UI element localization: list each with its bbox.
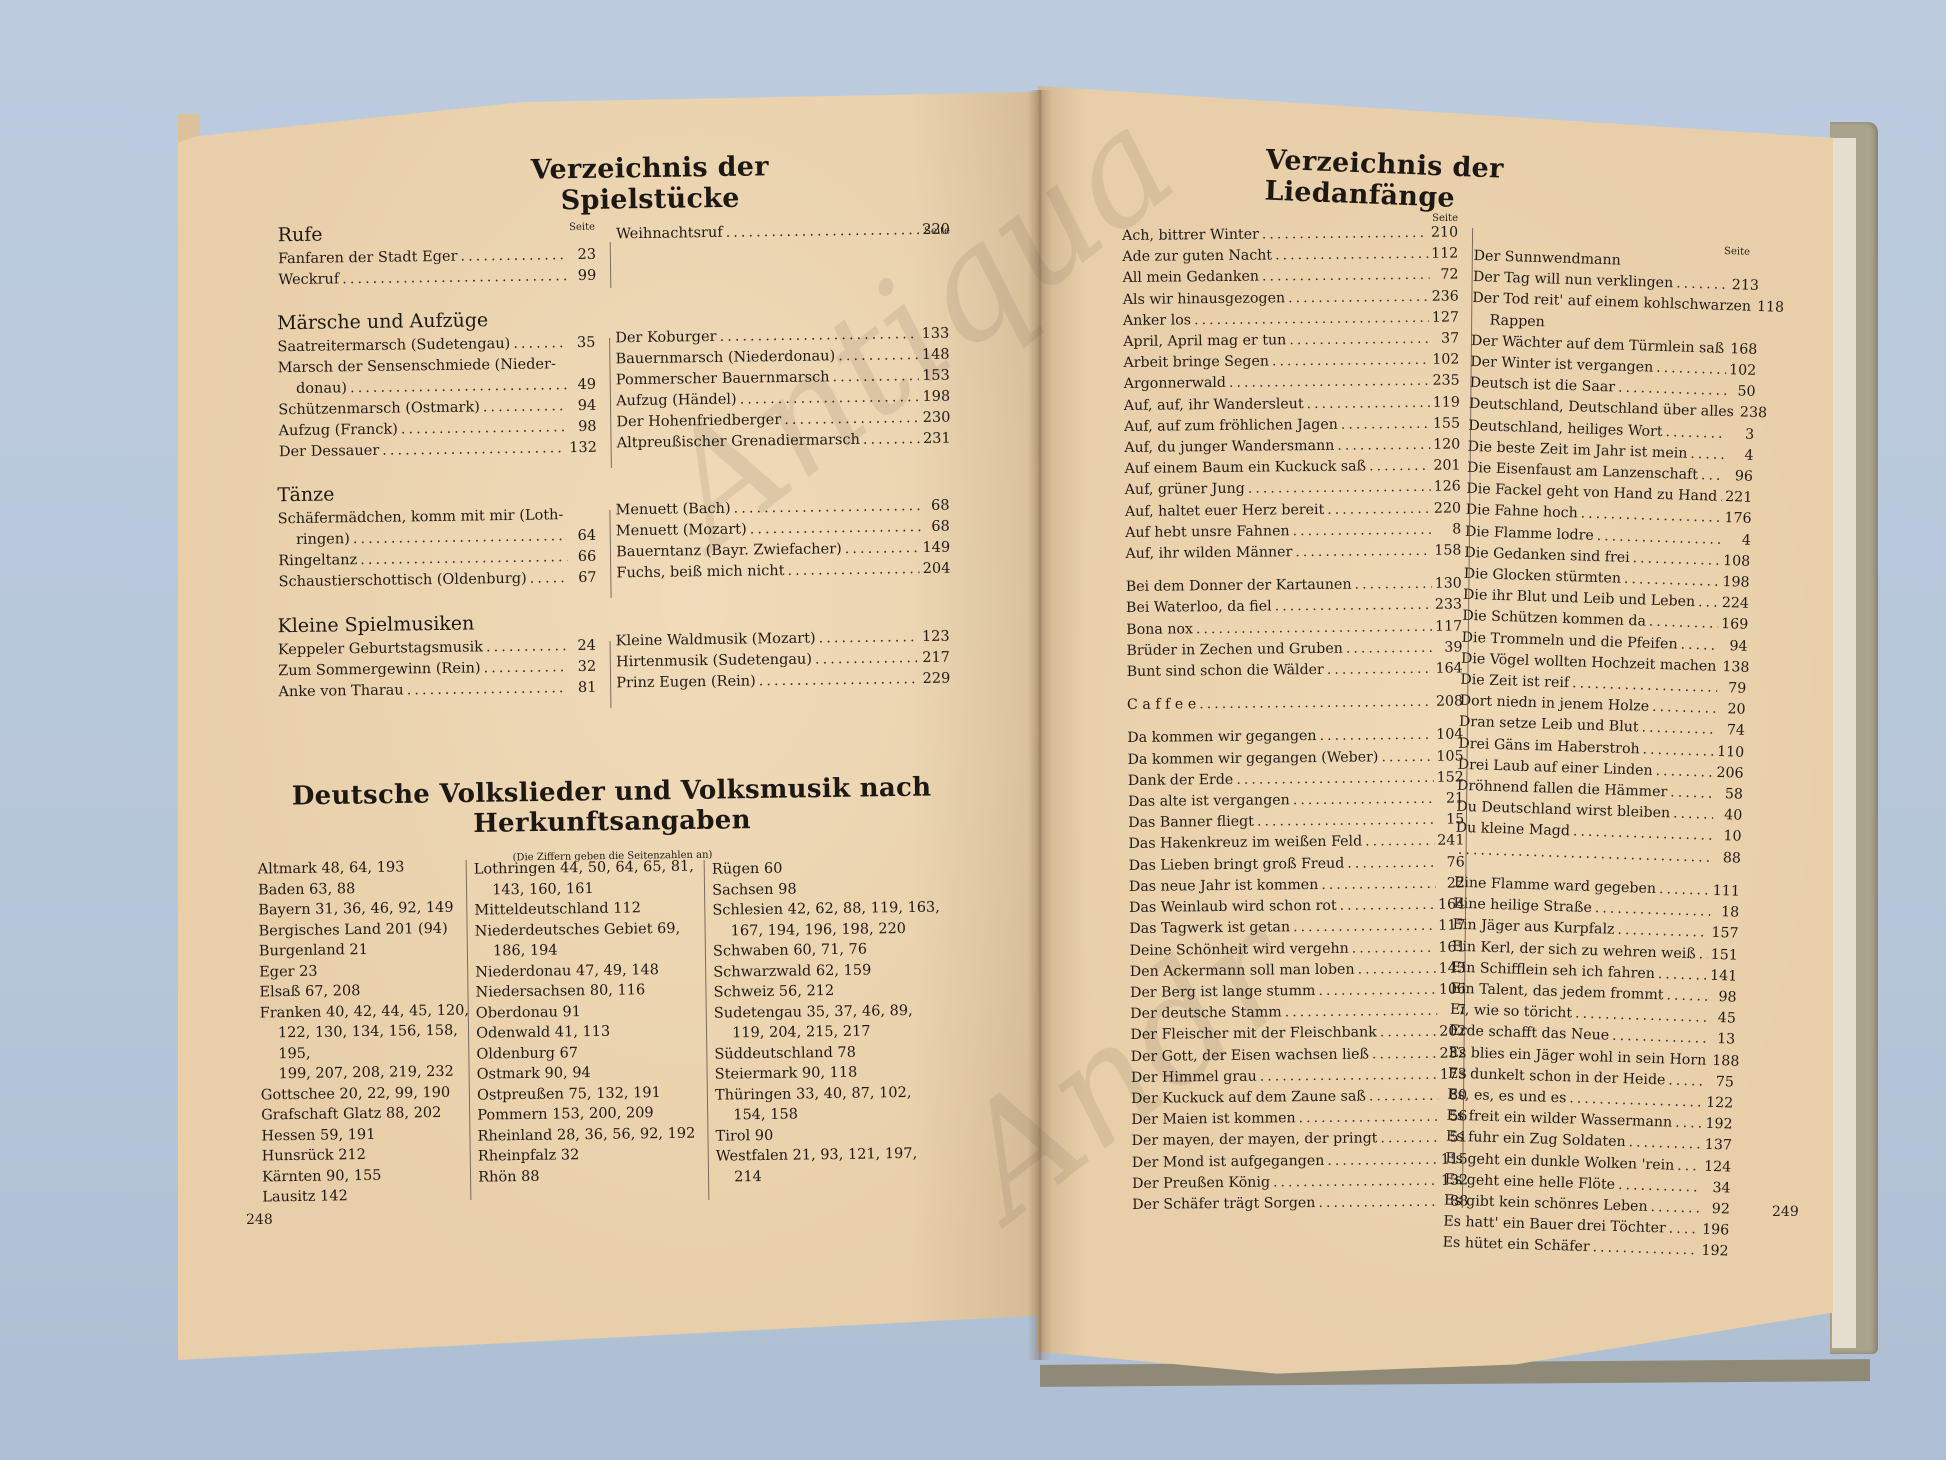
entry-title: Das Tagwerk ist getan (1129, 918, 1290, 941)
entry-title: Der deutsche Stamm (1130, 1002, 1282, 1025)
leader-dots (1273, 1170, 1438, 1193)
entry-page: 112 (1431, 244, 1458, 265)
entry-title: Das alte ist vergangen (1128, 790, 1290, 813)
entry-page: 88 (1715, 848, 1742, 870)
leader-dots (740, 387, 920, 411)
entry-page: 153 (922, 366, 950, 387)
entry-title: Der mayen, der mayen, der pringt (1131, 1129, 1377, 1153)
region-name: Kärnten (262, 1168, 322, 1185)
region-entry: Burgenland 21 (259, 939, 469, 962)
section-left-column: Kleine SpielmusikenKeppeler Geburtstagsm… (277, 611, 596, 703)
region-name: Steiermark (715, 1066, 798, 1083)
region-pages: 90, 118 (802, 1065, 858, 1082)
entry-title: Fuchs, beiß mich nicht (616, 561, 784, 584)
entry-page: 224 (1721, 593, 1749, 615)
entry-page: 40 (1716, 805, 1743, 827)
entry-page: 122 (1706, 1093, 1734, 1115)
region-entry: Altmark 48, 64, 193 (258, 857, 468, 880)
entry-page: 79 (1720, 678, 1747, 700)
leader-dots (1612, 1026, 1707, 1050)
entry-page: 230 (923, 408, 951, 429)
leader-dots (350, 375, 567, 399)
region-name: Hunsrück (262, 1147, 334, 1164)
region-name: Pommern (477, 1107, 547, 1124)
leader-dots (1677, 1155, 1702, 1177)
entry-page: 229 (922, 669, 950, 690)
region-pages: 23 (299, 963, 318, 979)
entry-page: 111 (1712, 881, 1740, 903)
leader-dots (1641, 718, 1716, 742)
entry-title: Auf, haltet euer Herz bereit (1125, 500, 1324, 523)
entry-page: 45 (1710, 1008, 1737, 1030)
leader-dots (1341, 414, 1430, 436)
leader-dots (483, 396, 568, 418)
entry-title: Ade zur guten Nacht (1122, 246, 1272, 269)
region-name: Schwaben (713, 943, 789, 960)
leader-dots (1668, 1219, 1699, 1241)
region-name: Westfalen (716, 1148, 788, 1165)
region-name: Rheinpfalz (478, 1148, 557, 1165)
leader-dots (1347, 852, 1436, 874)
leader-dots (1701, 465, 1725, 487)
entry-title: Anke von Tharau (278, 680, 404, 703)
region-name: Burgenland (259, 942, 345, 959)
entry-title: Ach, bittrer Winter (1122, 225, 1259, 248)
entry-title: Der Schäfer trägt Sorgen (1132, 1193, 1315, 1216)
leader-dots (1292, 520, 1432, 543)
seite-label: Seite (545, 222, 595, 234)
leader-dots (815, 648, 920, 670)
entry-title: Als wir hinausgezogen (1123, 288, 1286, 311)
leader-dots (845, 538, 920, 560)
leader-dots (1340, 895, 1436, 917)
entry-page: 201 (1433, 456, 1460, 477)
entry-title: Da kommen wir gegangen (1127, 726, 1316, 749)
leader-dots (832, 366, 919, 388)
entry-page: 117 (1435, 616, 1462, 637)
leader-dots (1289, 329, 1430, 352)
leader-dots (1275, 595, 1432, 618)
region-pages-continued: 214 (716, 1164, 956, 1188)
entry-page: 67 (570, 568, 596, 589)
entry-title: Menuett (Mozart) (616, 520, 747, 543)
leader-dots (486, 636, 567, 658)
region-pages: 90, 155 (326, 1167, 382, 1184)
region-pages: 56, 212 (779, 983, 835, 1000)
leader-dots (1659, 879, 1710, 902)
leader-dots (838, 345, 919, 367)
entry-title: Auf einem Baum ein Kuckuck saß (1124, 457, 1366, 481)
entry-title: Weihnachtsruf (616, 223, 723, 245)
leader-dots (1248, 477, 1431, 500)
entry-title: Schützenmarsch (Ostmark) (278, 397, 480, 421)
region-entry: Rhön 88 (478, 1164, 710, 1188)
entry-page: 138 (1722, 657, 1750, 679)
entry-page: 99 (570, 266, 596, 287)
entry-page: 75 (1708, 1071, 1735, 1093)
leader-dots (1650, 1197, 1701, 1220)
entry-title: Der Berg ist lange stumm (1130, 981, 1316, 1004)
leader-dots (1698, 944, 1708, 965)
region-name: Bayern (258, 902, 311, 919)
entry-page: 81 (570, 678, 596, 699)
region-name: Rhön (478, 1169, 517, 1186)
leader-dots (1352, 937, 1436, 959)
leader-dots (725, 220, 919, 244)
entry-title: April, April mag er tun (1123, 330, 1286, 353)
leader-dots (1327, 1149, 1438, 1171)
region-name: Schweiz (713, 984, 774, 1001)
entry-page: 233 (1435, 595, 1462, 616)
region-entry: Franken 40, 42, 44, 45, 120, (260, 1000, 470, 1023)
entry-title: Rappen (1471, 310, 1545, 333)
entry-title: Altpreußischer Grenadiermarsch (617, 430, 860, 454)
leader-dots (750, 517, 921, 540)
entry-page: 236 (1432, 286, 1459, 307)
region-pages: 88 (521, 1168, 540, 1184)
entry-page: 23 (570, 245, 596, 266)
index-entry: Schaustierschottisch (Oldenburg)67 (278, 568, 596, 593)
region-name: Schwarzwald (713, 963, 811, 980)
entry-page: 168 (1730, 339, 1758, 361)
entry-page: 132 (569, 438, 597, 459)
region-entry: Schlesien 42, 62, 88, 119, 163, (712, 897, 952, 921)
leader-dots (719, 324, 918, 348)
entry-page: 192 (1705, 1114, 1733, 1136)
region-name: Lausitz (262, 1189, 315, 1206)
entry-page: 96 (1727, 466, 1754, 488)
page-number-left: 248 (246, 1212, 273, 1228)
leader-dots (360, 547, 567, 571)
leader-dots (1357, 958, 1435, 980)
entry-title: Da kommen wir gegangen (Weber) (1127, 747, 1378, 771)
entry-page: 39 (1436, 637, 1462, 658)
entry-page: 34 (1704, 1177, 1731, 1199)
leader-dots (1617, 920, 1709, 944)
entry-title: Schaustierschottisch (Oldenburg) (278, 569, 526, 593)
song-entry: Der Schäfer trägt Sorgen88 (1132, 1191, 1468, 1216)
region-column: Lothringen 44, 50, 64, 65, 81,143, 160, … (474, 856, 711, 1187)
region-name: Bergisches Land (258, 921, 381, 939)
entry-page: 3 (1728, 424, 1755, 446)
leader-dots (1649, 612, 1719, 635)
entry-page: 198 (1722, 572, 1750, 594)
entry-title: Bei Waterloo, da fiel (1126, 597, 1272, 620)
entry-title: Der Dessauer (279, 441, 380, 463)
entry-title: Zum Sommergewinn (Rein) (278, 658, 481, 682)
leader-dots (1262, 265, 1430, 288)
region-name: Süddeutschland (714, 1045, 833, 1063)
leader-dots (1285, 1001, 1438, 1024)
leader-dots (1380, 1022, 1437, 1044)
leader-dots (1665, 422, 1725, 445)
region-pages: 63, 88 (309, 881, 355, 898)
region-name: Tirol (715, 1128, 750, 1144)
entry-title: Kleine Waldmusik (Mozart) (616, 629, 816, 653)
entry-page: 18 (1713, 902, 1740, 924)
leader-dots (1307, 392, 1430, 414)
leader-dots (1737, 403, 1738, 424)
region-name: Franken (260, 1004, 322, 1021)
region-pages: 91 (562, 1004, 581, 1020)
entry-page: 127 (1432, 307, 1459, 328)
entry-page: 119 (1433, 392, 1460, 413)
leader-dots (1229, 371, 1430, 394)
entry-page: 238 (1740, 403, 1768, 425)
leader-dots (1196, 616, 1432, 640)
region-pages: 67, 208 (305, 983, 361, 1000)
leader-dots (1709, 1050, 1710, 1071)
entry-page: 68 (924, 517, 950, 538)
entry-page: 196 (1702, 1220, 1730, 1242)
region-pages: 90 (755, 1127, 774, 1143)
region-name: Sudetengau (714, 1004, 802, 1021)
region-name: Niederdeutsches Gebiet (475, 921, 653, 939)
entry-page: 210 (1431, 222, 1458, 243)
seite-label: Seite (1700, 245, 1750, 258)
entry-page: 98 (570, 417, 596, 438)
region-pages: 67 (559, 1045, 578, 1061)
region-name: Ostpreußen (477, 1086, 564, 1103)
entry-title: Der Maien ist kommen (1131, 1108, 1295, 1131)
leader-dots (863, 429, 920, 451)
region-pages: 88, 202 (386, 1105, 442, 1122)
leader-dots (342, 266, 567, 290)
region-name: Oldenburg (476, 1045, 555, 1062)
region-name: Baden (258, 881, 305, 898)
entry-title: donau) (278, 378, 347, 400)
leader-dots (784, 408, 920, 431)
leader-dots (759, 669, 920, 692)
entry-page: 110 (1717, 742, 1745, 764)
entry-title: Der Preußen König (1132, 1172, 1270, 1195)
entry-title: Menuett (Bach) (615, 499, 730, 522)
entry-title: Pommerscher Bauernmarsch (616, 367, 830, 391)
region-pages: 33, 40, 87, 102, (796, 1084, 912, 1102)
leader-dots (1337, 435, 1430, 457)
entry-page: 37 (1433, 328, 1459, 349)
region-name: Rügen (712, 861, 760, 878)
leader-dots (1236, 768, 1434, 791)
region-pages: 153, 200, 209 (552, 1105, 654, 1122)
region-pages-continued: 199, 207, 208, 219, 232 (260, 1062, 470, 1085)
entry-title: Hirtenmusik (Sudetengau) (616, 650, 812, 674)
leader-dots (382, 438, 566, 462)
entry-title: Fanfaren der Stadt Eger (278, 247, 458, 271)
region-pages: 47, 49, 148 (576, 962, 659, 979)
entry-title: ringen) (278, 529, 350, 551)
leader-dots (1346, 638, 1434, 660)
entry-page: 102 (1432, 350, 1459, 371)
leader-dots (1293, 789, 1435, 812)
entry-page: 98 (1710, 987, 1737, 1009)
section-left-column: TänzeSchäfermädchen, komm mit mir (Loth-… (277, 480, 596, 593)
leader-dots (1318, 1192, 1439, 1214)
region-entry: Bergisches Land 201 (94) (258, 918, 468, 941)
song-column: Der SunnwendmannDer Tag will nun verklin… (1442, 246, 1760, 1263)
leader-dots (1298, 1107, 1438, 1130)
region-column: Altmark 48, 64, 193Baden 63, 88Bayern 31… (258, 857, 473, 1208)
leader-dots (1719, 657, 1720, 678)
entry-page: 24 (570, 636, 596, 657)
entry-page: 94 (1721, 636, 1748, 658)
entry-page: 130 (1435, 574, 1462, 595)
entry-title: Aufzug (Händel) (616, 390, 737, 413)
regions-heading-block: Deutsche Volkslieder und Volksmusik nach… (261, 772, 962, 867)
entry-page: 66 (570, 547, 596, 568)
leader-dots (818, 627, 919, 649)
region-entry: Baden 63, 88 (258, 877, 468, 900)
region-name: Niederdonau (475, 963, 571, 980)
section-heading: Kleine Spielmusiken (277, 611, 595, 637)
region-pages: 35, 37, 46, 89, (807, 1002, 913, 1019)
entry-page: 204 (923, 559, 951, 580)
entry-page: 133 (921, 324, 949, 345)
entry-title: Das Lieben bringt groß Freud (1129, 853, 1345, 876)
entry-title: Bunt sind schon die Wälder (1127, 660, 1324, 683)
entry-page: 94 (570, 396, 596, 417)
region-entry: Niederdeutsches Gebiet 69, (475, 918, 707, 942)
entry-page: 235 (1432, 371, 1459, 392)
region-entry: Hessen 59, 191 (261, 1123, 471, 1146)
region-pages: 98 (778, 881, 797, 897)
region-name: Hessen (261, 1127, 315, 1144)
leader-dots (1262, 223, 1428, 246)
entry-page: 213 (1731, 275, 1759, 297)
entry-title: Der Kuckuck auf dem Zaune saß (1131, 1086, 1366, 1110)
entry-page: 8 (1435, 519, 1461, 540)
region-pages: 42, 62, 88, 119, 163, (788, 900, 940, 918)
region-pages: 142 (320, 1188, 348, 1204)
entry-page: 123 (922, 627, 950, 648)
entry-page: 35 (569, 333, 595, 354)
song-entry: Bunt sind schon die Wälder164 (1127, 659, 1463, 684)
region-entry: Eger 23 (259, 959, 469, 982)
leader-dots (1194, 308, 1429, 332)
entry-page: 4 (1725, 530, 1752, 552)
entry-title: Auf, auf zum fröhlichen Jagen (1124, 415, 1338, 438)
entry-page: 50 (1729, 381, 1756, 403)
region-pages: 21 (349, 942, 368, 958)
entry-title: Argonnerwald (1124, 373, 1227, 395)
region-name: Thüringen (715, 1086, 792, 1103)
leader-dots (1618, 1175, 1702, 1199)
leader-dots (353, 526, 567, 550)
leader-dots (1655, 761, 1713, 784)
entry-page: 164 (1435, 659, 1462, 680)
entry-page: 217 (922, 648, 950, 669)
leader-dots (1632, 548, 1720, 572)
leader-dots (407, 678, 568, 701)
entry-page: 92 (1704, 1199, 1731, 1221)
entry-page: 13 (1709, 1029, 1736, 1051)
region-pages: 41, 113 (555, 1024, 611, 1041)
region-name: Rheinland (477, 1127, 552, 1144)
section-right-column: Menuett (Bach)68Menuett (Mozart)68Bauern… (615, 496, 950, 585)
region-pages: 201 (94) (386, 920, 448, 937)
entry-page: 126 (1434, 477, 1461, 498)
entry-page: 141 (1710, 965, 1738, 987)
left-page-title: Verzeichnis der Spielstücke (440, 150, 861, 218)
leader-dots (1321, 874, 1436, 896)
region-name: Grafschaft Glatz (261, 1106, 381, 1124)
song-column: Ach, bittrer Winter210Ade zur guten Nach… (1122, 222, 1468, 1216)
entry-title: Der Koburger (615, 327, 717, 349)
entry-title: Prinz Eugen (Rein) (616, 671, 756, 694)
entry-page: 158 (1434, 541, 1461, 562)
region-pages-continued: 122, 130, 134, 156, 158, 195, (260, 1021, 471, 1065)
leader-dots (1675, 1113, 1703, 1135)
book-gutter (1028, 90, 1052, 1360)
region-pages: 31, 36, 46, 92, 149 (315, 900, 454, 918)
leader-dots (1365, 831, 1434, 853)
entry-title: Der Mond ist aufgegangen (1132, 1150, 1325, 1173)
region-entry: Hunsrück 212 (262, 1144, 472, 1167)
leader-dots (1288, 286, 1429, 309)
region-pages: 112 (613, 900, 641, 916)
region-pages: 21, 93, 121, 197, (792, 1146, 917, 1164)
entry-page: 58 (1717, 784, 1744, 806)
region-name: Oberdonau (476, 1004, 558, 1021)
section-right-column: Kleine Waldmusik (Mozart)123Hirtenmusik … (616, 627, 951, 695)
region-pages: 28, 36, 56, 92, 192 (557, 1125, 696, 1143)
entry-page: 72 (1432, 265, 1458, 286)
region-entry: Lausitz 142 (262, 1185, 472, 1208)
entry-page: 102 (1729, 360, 1757, 382)
entry-title: Bei dem Donner der Kartaunen (1126, 575, 1352, 599)
entry-page: 148 (922, 345, 950, 366)
entry-title: Bona nox (1126, 619, 1193, 641)
leader-dots (1727, 339, 1728, 360)
entry-title: Dank der Erde (1128, 770, 1234, 792)
region-pages: 75, 132, 191 (568, 1085, 660, 1102)
entry-page: 149 (922, 538, 950, 559)
region-pages: 80, 116 (590, 982, 646, 999)
seite-label: Seite (1408, 213, 1458, 224)
entry-title: Der Hohenfriedberger (616, 410, 781, 433)
leader-dots (1381, 746, 1433, 768)
entry-page: 20 (1719, 699, 1746, 721)
leader-dots (1698, 592, 1719, 614)
entry-page: 176 (1724, 508, 1752, 530)
region-pages: 44, 50, 64, 65, 81, (560, 859, 694, 877)
entry-title: Auf hebt unsre Fahnen (1125, 521, 1290, 544)
region-pages: 40, 42, 44, 45, 120, (326, 1002, 469, 1020)
entry-page: 206 (1716, 763, 1744, 785)
leader-dots (483, 657, 567, 679)
leader-dots (460, 245, 567, 267)
entry-title: Keppeler Geburtstagsmusik (278, 637, 483, 661)
index-entry: Anke von Tharau81 (278, 678, 596, 703)
region-entry: Bayern 31, 36, 46, 92, 149 (258, 898, 468, 921)
leader-dots (1354, 574, 1431, 596)
leader-dots (1673, 804, 1714, 826)
entry-page: 64 (570, 526, 596, 547)
region-name: Schlesien (712, 902, 783, 919)
leader-dots (1369, 456, 1431, 478)
section-heading: Tänze (277, 480, 595, 506)
leader-dots (1676, 274, 1729, 297)
leader-dots (1658, 964, 1708, 987)
entry-title: Ringeltanz (278, 550, 357, 572)
entry-page: 120 (1433, 435, 1460, 456)
entry-page (1733, 268, 1759, 269)
endpaper (1832, 138, 1856, 1348)
entry-title: Aufzug (Franck) (278, 420, 398, 443)
entry-title: Deine Schönheit wird vergehn (1129, 938, 1348, 961)
entry-page: 10 (1715, 826, 1742, 848)
leader-dots (1257, 810, 1436, 833)
